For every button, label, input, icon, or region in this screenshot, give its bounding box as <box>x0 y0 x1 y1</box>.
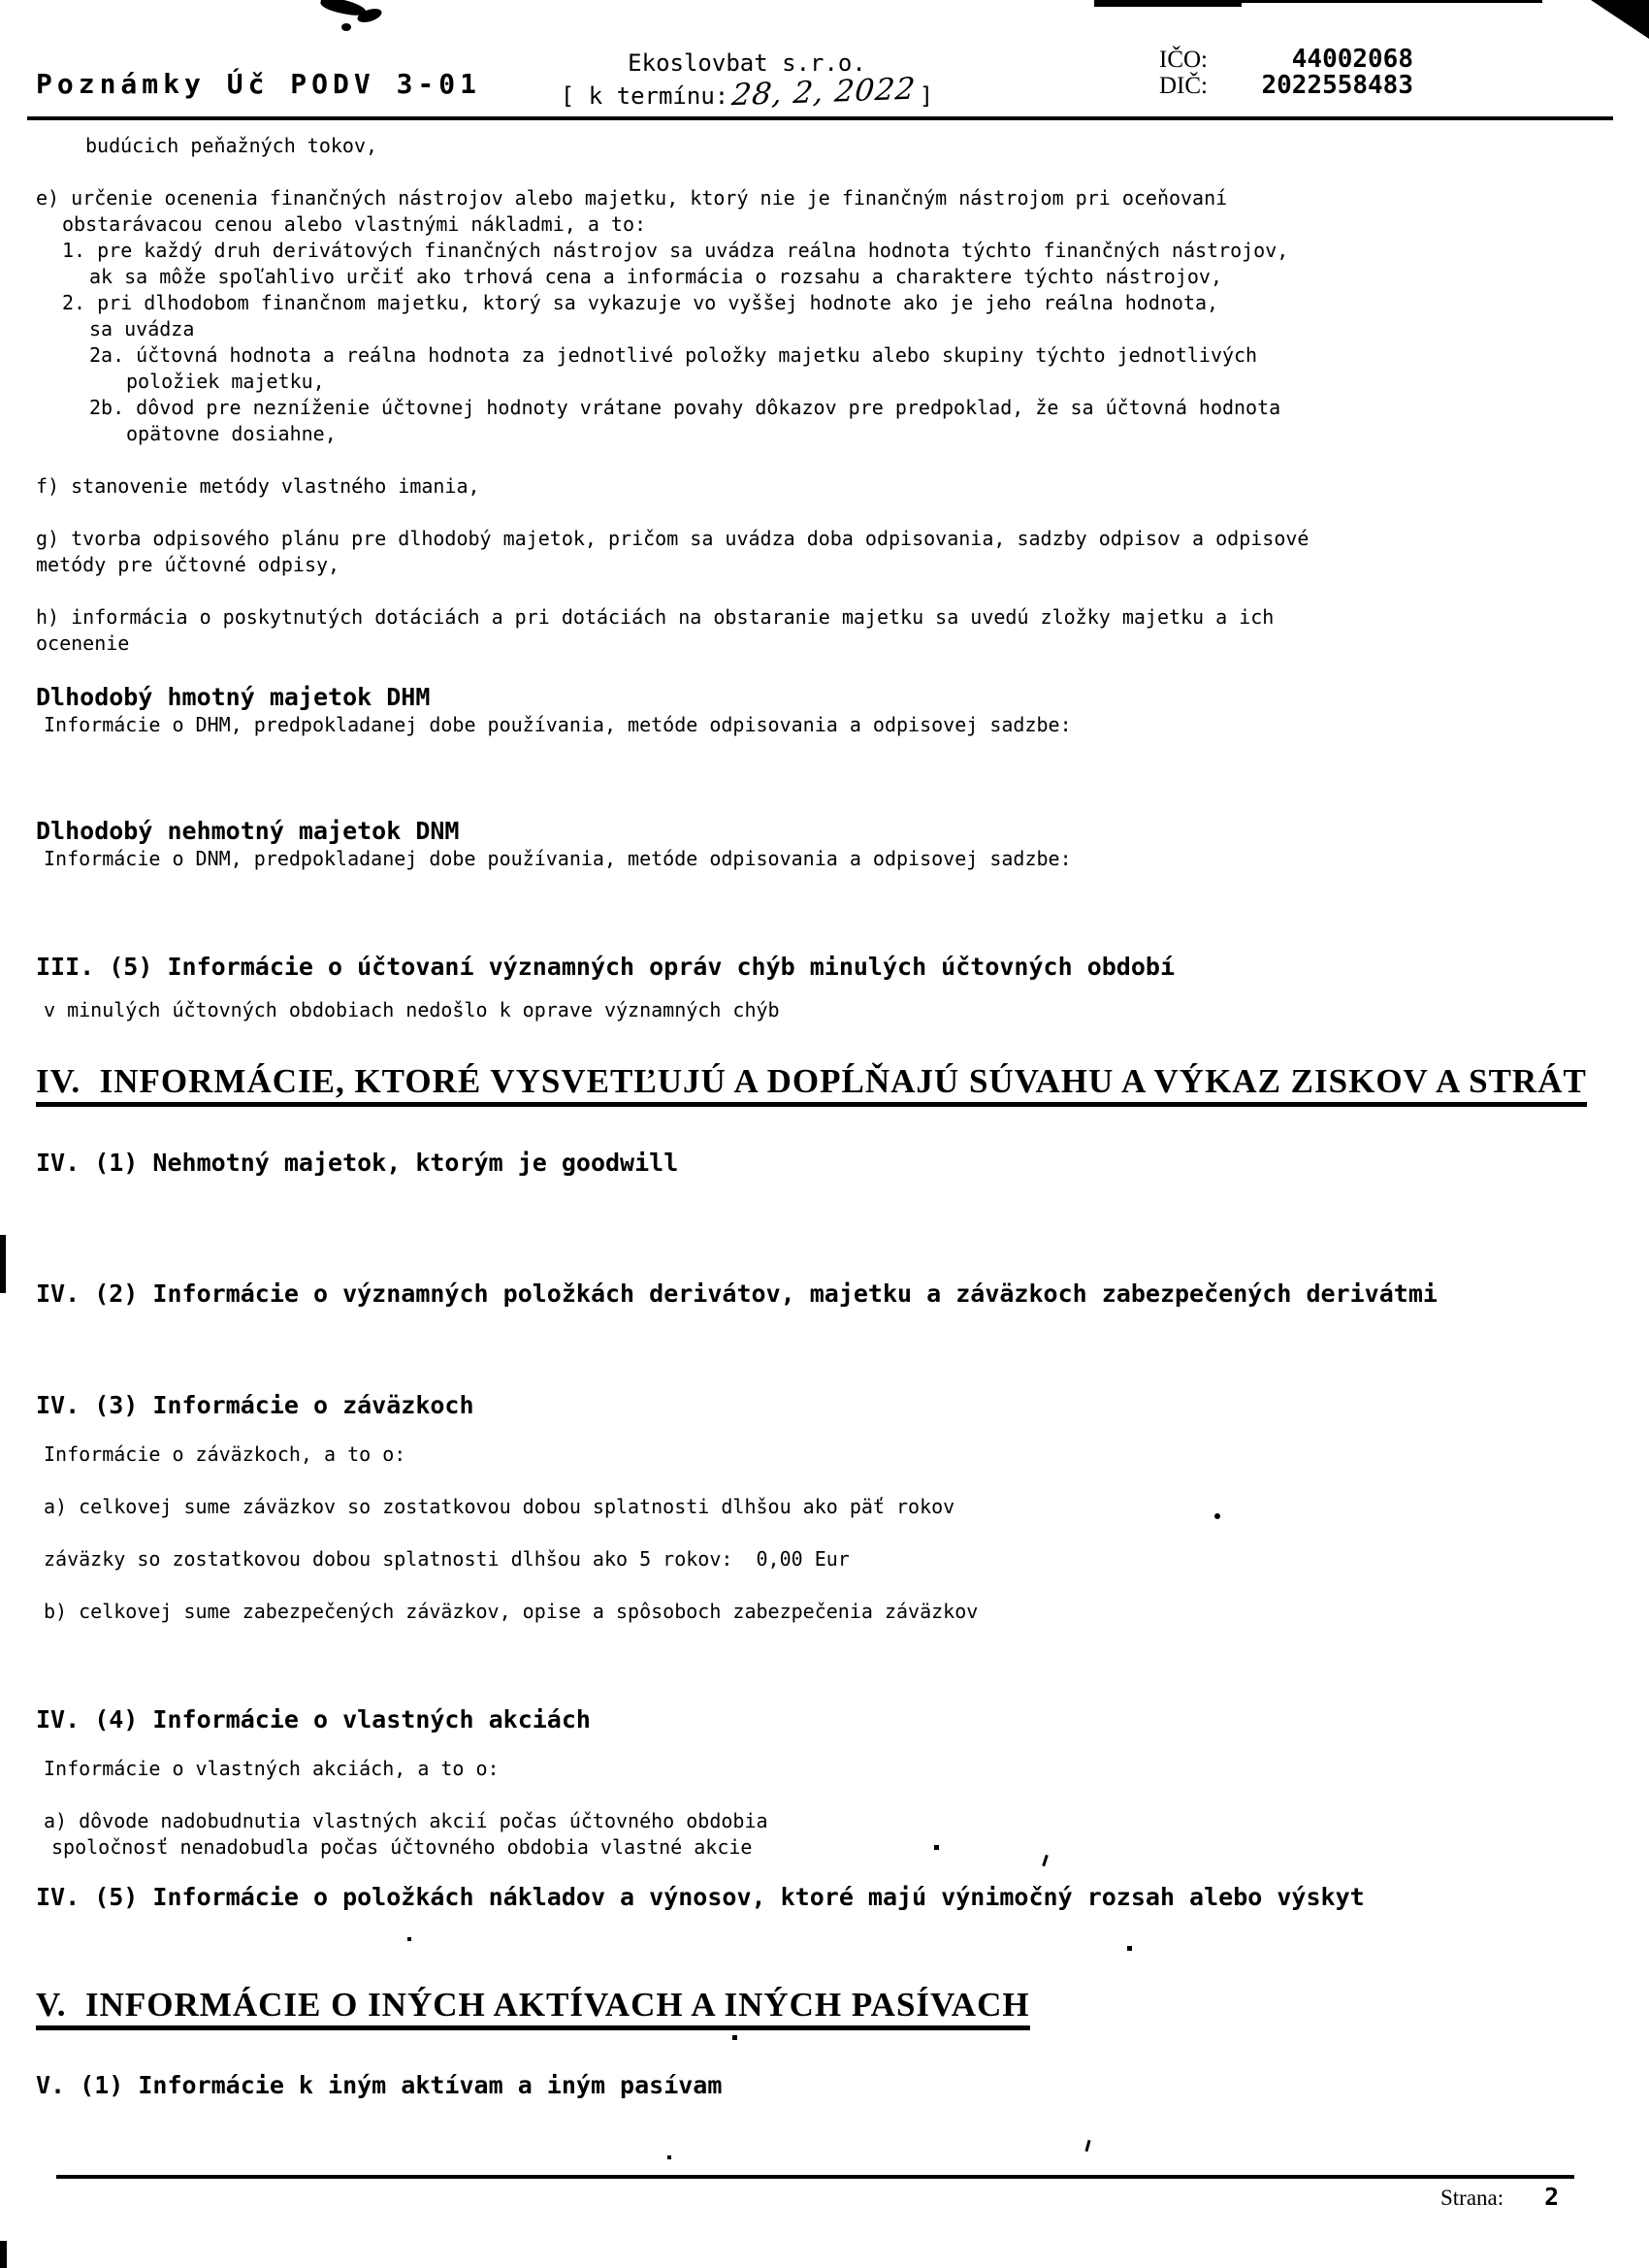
scan-artifact <box>341 23 351 31</box>
section-heading-v: V. INFORMÁCIE O INÝCH AKTÍVACH A INÝCH P… <box>36 1986 1030 2030</box>
section-heading-iv: IV. INFORMÁCIE, KTORÉ VYSVETĽUJÚ A DOPĹŇ… <box>36 1062 1587 1107</box>
text-line: h) informácia o poskytnutých dotáciách a… <box>36 604 1627 631</box>
document-body: budúcich peňažných tokov,e) určenie ocen… <box>36 133 1627 2102</box>
heading-iv-4: IV. (4) Informácie o vlastných akciách <box>36 1703 1627 1736</box>
scan-artifact <box>1094 0 1242 7</box>
text-line: opätovne dosiahne, <box>36 421 1627 447</box>
page-number: 2 <box>1544 2183 1559 2211</box>
text-line: v minulých účtovných obdobiach nedošlo k… <box>36 997 1627 1023</box>
text-line: sa uvádza <box>36 316 1627 342</box>
page-footer: Strana: 2 <box>0 2175 1649 2233</box>
text-line: 1. pre každý druh derivátových finančnýc… <box>36 238 1627 264</box>
text-line: metódy pre účtovné odpisy, <box>36 552 1627 578</box>
header-divider <box>27 116 1613 120</box>
ico-value: 44002068 <box>1292 47 1413 73</box>
scan-artifact <box>1242 0 1542 3</box>
heading-iv-1: IV. (1) Nehmotný majetok, ktorým je good… <box>36 1147 1627 1180</box>
ico-row: IČO: 44002068 <box>1159 47 1413 73</box>
text-line: f) stanovenie metódy vlastného imania, <box>36 473 1627 500</box>
term-label: [ k termínu: <box>561 82 728 110</box>
page-label: Strana: <box>1440 2186 1503 2211</box>
text-line: 2a. účtovná hodnota a reálna hodnota za … <box>36 342 1627 369</box>
footer-divider <box>56 2175 1574 2179</box>
heading-dnm: Dlhodobý nehmotný majetok DNM <box>36 817 1627 846</box>
term-line: [ k termínu:28, 2, 2022] <box>495 78 999 113</box>
dic-value: 2022558483 <box>1261 73 1413 99</box>
text-line: položiek majetku, <box>36 369 1627 395</box>
text-line: Informácie o vlastných akciách, a to o: <box>36 1756 1627 1782</box>
text-line: 2b. dôvod pre nezníženie účtovnej hodnot… <box>36 395 1627 421</box>
text-line: spoločnosť nenadobudla počas účtovného o… <box>36 1834 1627 1861</box>
text-line: budúcich peňažných tokov, <box>36 133 1627 159</box>
dic-label: DIČ: <box>1159 73 1208 99</box>
heading-iii-5: III. (5) Informácie o účtovaní významnýc… <box>36 951 1627 984</box>
text-line: Informácie o záväzkoch, a to o: <box>36 1442 1627 1468</box>
text-line: g) tvorba odpisového plánu pre dlhodobý … <box>36 526 1627 552</box>
ico-label: IČO: <box>1159 47 1208 73</box>
heading-iv-5: IV. (5) Informácie o položkách nákladov … <box>36 1881 1627 1914</box>
company-name: Ekoslovbat s.r.o. <box>495 49 999 78</box>
form-title: Poznámky Úč PODV 3-01 <box>36 68 481 100</box>
text-line: ocenenie <box>36 631 1627 657</box>
heading-iv-2: IV. (2) Informácie o významných položkác… <box>36 1278 1627 1311</box>
scan-artifact <box>0 1235 6 1293</box>
scan-artifact <box>1591 0 1649 39</box>
term-close-bracket: ] <box>920 82 933 110</box>
scanned-document-page: Poznámky Úč PODV 3-01 Ekoslovbat s.r.o. … <box>0 0 1649 2268</box>
text-line: a) dôvode nadobudnutia vlastných akcií p… <box>36 1808 1627 1834</box>
text-line: ak sa môže spoľahlivo určiť ako trhová c… <box>36 264 1627 290</box>
header-center: Ekoslovbat s.r.o. [ k termínu:28, 2, 202… <box>495 49 999 113</box>
text-line: a) celkovej sume záväzkov so zostatkovou… <box>36 1494 1627 1520</box>
heading-iv-3: IV. (3) Informácie o záväzkoch <box>36 1389 1627 1422</box>
scan-artifact <box>667 2155 671 2159</box>
text-line: obstarávacou cenou alebo vlastnými nákla… <box>36 211 1627 238</box>
text-line: Informácie o DHM, predpokladanej dobe po… <box>36 712 1627 738</box>
header-ids: IČO: 44002068 DIČ: 2022558483 <box>1159 47 1413 99</box>
scan-artifact <box>1084 2140 1090 2152</box>
scan-artifact <box>0 2241 7 2268</box>
text-line: 2. pri dlhodobom finančnom majetku, ktor… <box>36 290 1627 316</box>
text-line: b) celkovej sume zabezpečených záväzkov,… <box>36 1599 1627 1625</box>
text-line: e) určenie ocenenia finančných nástrojov… <box>36 185 1627 211</box>
dic-row: DIČ: 2022558483 <box>1159 73 1413 99</box>
heading-dhm: Dlhodobý hmotný majetok DHM <box>36 683 1627 712</box>
handwritten-date: 28, 2, 2022 <box>730 73 918 113</box>
text-line: záväzky so zostatkovou dobou splatnosti … <box>36 1546 1627 1572</box>
heading-v-1: V. (1) Informácie k iným aktívam a iným … <box>36 2069 1627 2102</box>
page-number-group: Strana: 2 <box>1440 2183 1559 2211</box>
text-line: Informácie o DNM, predpokladanej dobe po… <box>36 846 1627 872</box>
